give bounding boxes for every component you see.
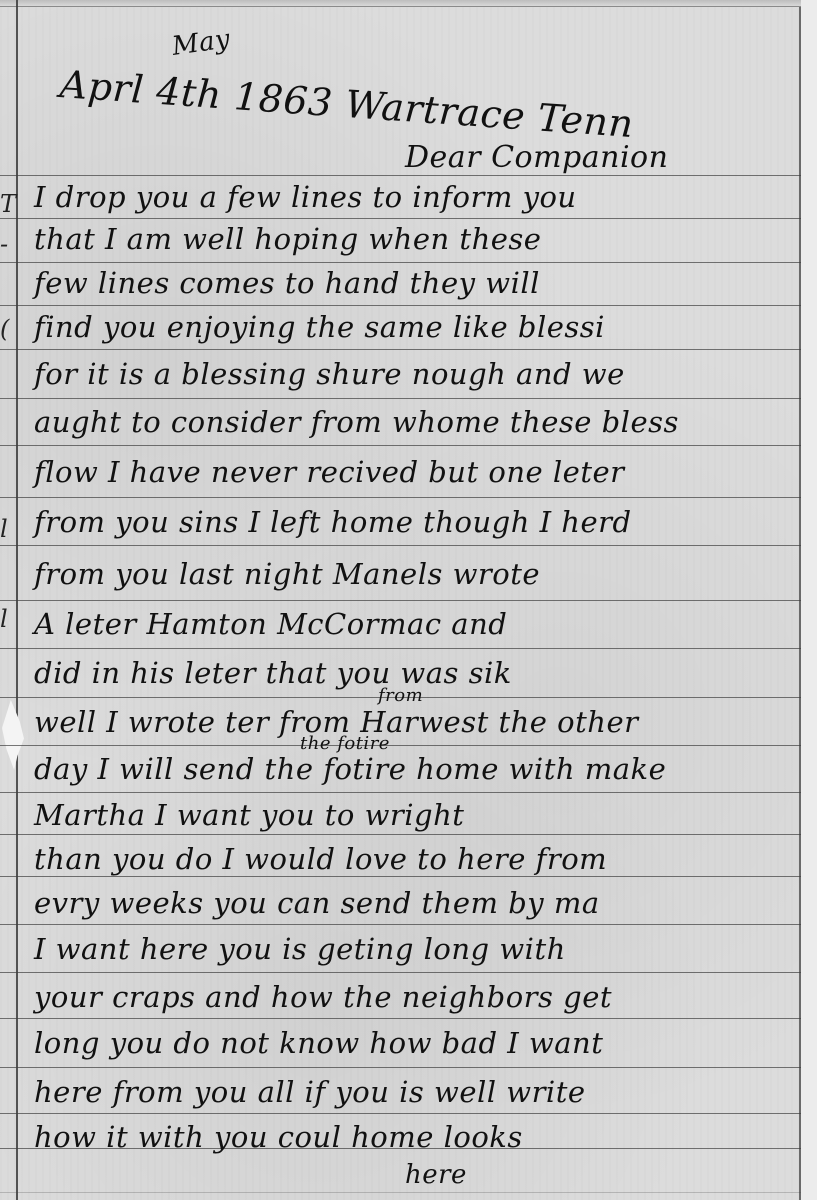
date-correction: May — [170, 24, 232, 62]
margin-fragment: - — [0, 230, 8, 258]
body-line: evry weeks you can send them by ma — [34, 886, 600, 920]
body-line: I drop you a few lines to inform you — [34, 180, 577, 214]
interlinear-insertion: the fotire — [300, 733, 390, 754]
ruled-line — [0, 1018, 801, 1019]
ruled-line — [0, 1113, 801, 1114]
margin-fragment: T — [0, 190, 16, 218]
ruled-line — [0, 972, 801, 973]
body-line: your craps and how the neighbors get — [34, 980, 612, 1014]
ruled-line — [0, 745, 801, 746]
ruled-line — [0, 262, 801, 263]
ruled-line — [0, 648, 801, 649]
body-line: find you enjoying the same like blessi — [34, 310, 605, 344]
body-line: here from you all if you is well write — [34, 1075, 586, 1109]
body-line: I want here you is geting long with — [34, 932, 566, 966]
paper-tear — [2, 700, 24, 770]
body-line: from you last night Manels wrote — [34, 557, 540, 591]
date-location-line: Aprl 4th 1863 Wartrace Tenn — [58, 62, 634, 146]
body-line: Martha I want you to wright — [34, 798, 464, 832]
body-line: long you do not know how bad I want — [34, 1026, 603, 1060]
trailing-word: here — [405, 1160, 467, 1190]
margin-fragment: l — [0, 605, 8, 633]
ruled-line — [0, 600, 801, 601]
ruled-line — [0, 218, 801, 219]
margin-fragment: l — [0, 515, 8, 543]
body-line: day I will send the fotire home with mak… — [34, 752, 666, 786]
body-line: did in his leter that you was sik — [34, 656, 512, 690]
body-line: few lines comes to hand they will — [34, 266, 540, 300]
ruled-line — [0, 1192, 801, 1193]
ruled-line — [0, 497, 801, 498]
ruled-line — [0, 305, 801, 306]
body-line: aught to consider from whome these bless — [34, 405, 679, 439]
interlinear-insertion: from — [378, 685, 423, 706]
paper-top-edge — [0, 0, 801, 7]
body-line: A leter Hamton McCormac and — [34, 607, 507, 641]
body-line: from you sins I left home though I herd — [34, 505, 632, 539]
ruled-line — [0, 398, 801, 399]
body-line: that I am well hoping when these — [34, 222, 541, 256]
letter-page: May Aprl 4th 1863 Wartrace Tenn Dear Com… — [0, 0, 801, 1200]
body-line: than you do I would love to here from — [34, 842, 607, 876]
body-line: how it with you coul home looks — [34, 1120, 523, 1154]
ruled-line — [0, 349, 801, 350]
ruled-line — [0, 175, 801, 176]
ruled-line — [0, 792, 801, 793]
margin-fragment: ( — [0, 315, 9, 343]
ruled-line — [0, 876, 801, 877]
ruled-line — [0, 445, 801, 446]
ruled-line — [0, 1067, 801, 1068]
body-line: for it is a blessing shure nough and we — [34, 357, 625, 391]
body-line: flow I have never recived but one leter — [34, 455, 625, 489]
ruled-line — [0, 834, 801, 835]
ruled-line — [0, 545, 801, 546]
ruled-line — [0, 924, 801, 925]
salutation: Dear Companion — [405, 140, 668, 175]
